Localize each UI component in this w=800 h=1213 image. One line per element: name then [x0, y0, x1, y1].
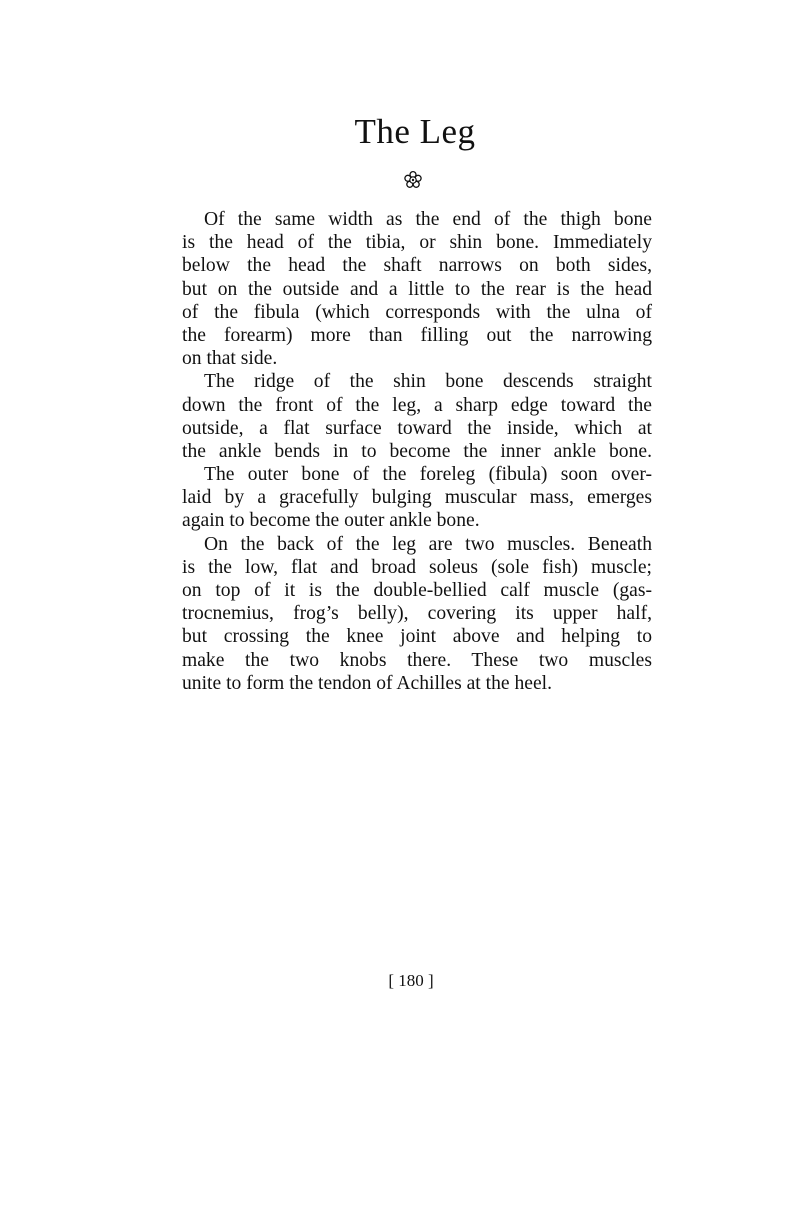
text-line: of the fibula (which corresponds with th…	[182, 301, 652, 324]
text-line: is the low, flat and broad soleus (sole …	[182, 556, 652, 579]
paragraph-2: The ridge of the shin bone descends stra…	[182, 370, 652, 463]
text-line: but crossing the knee joint above and he…	[182, 625, 652, 648]
paragraph-3: The outer bone of the foreleg (fibula) s…	[182, 463, 652, 533]
text-line: on top of it is the double-bellied calf …	[182, 579, 652, 602]
book-page: The Leg Of the same width as the end of …	[0, 0, 800, 1213]
text-line: trocnemius, frog’s belly), covering its …	[182, 602, 652, 625]
text-line: laid by a gracefully bulging muscular ma…	[182, 486, 652, 509]
text-line: below the head the shaft narrows on both…	[182, 254, 652, 277]
text-line: The ridge of the shin bone descends stra…	[182, 370, 652, 393]
page-number: [ 180 ]	[0, 970, 800, 992]
paragraph-1: Of the same width as the end of the thig…	[182, 208, 652, 370]
rosette-ornament-icon	[403, 170, 423, 190]
text-line: outside, a flat surface toward the insid…	[182, 417, 652, 440]
text-line: On the back of the leg are two muscles. …	[182, 533, 652, 556]
text-line: unite to form the tendon of Achilles at …	[182, 672, 652, 695]
chapter-title: The Leg	[0, 112, 800, 152]
text-line: the forearm) more than filling out the n…	[182, 324, 652, 347]
text-line: make the two knobs there. These two musc…	[182, 649, 652, 672]
text-line: on that side.	[182, 347, 652, 370]
text-line: but on the outside and a little to the r…	[182, 278, 652, 301]
body-text: Of the same width as the end of the thig…	[182, 208, 652, 695]
text-line: again to become the outer ankle bone.	[182, 509, 652, 532]
text-line: is the head of the tibia, or shin bone. …	[182, 231, 652, 254]
text-line: the ankle bends in to become the inner a…	[182, 440, 652, 463]
text-line: Of the same width as the end of the thig…	[182, 208, 652, 231]
text-line: The outer bone of the foreleg (fibula) s…	[182, 463, 652, 486]
text-line: down the front of the leg, a sharp edge …	[182, 394, 652, 417]
paragraph-4: On the back of the leg are two muscles. …	[182, 533, 652, 695]
